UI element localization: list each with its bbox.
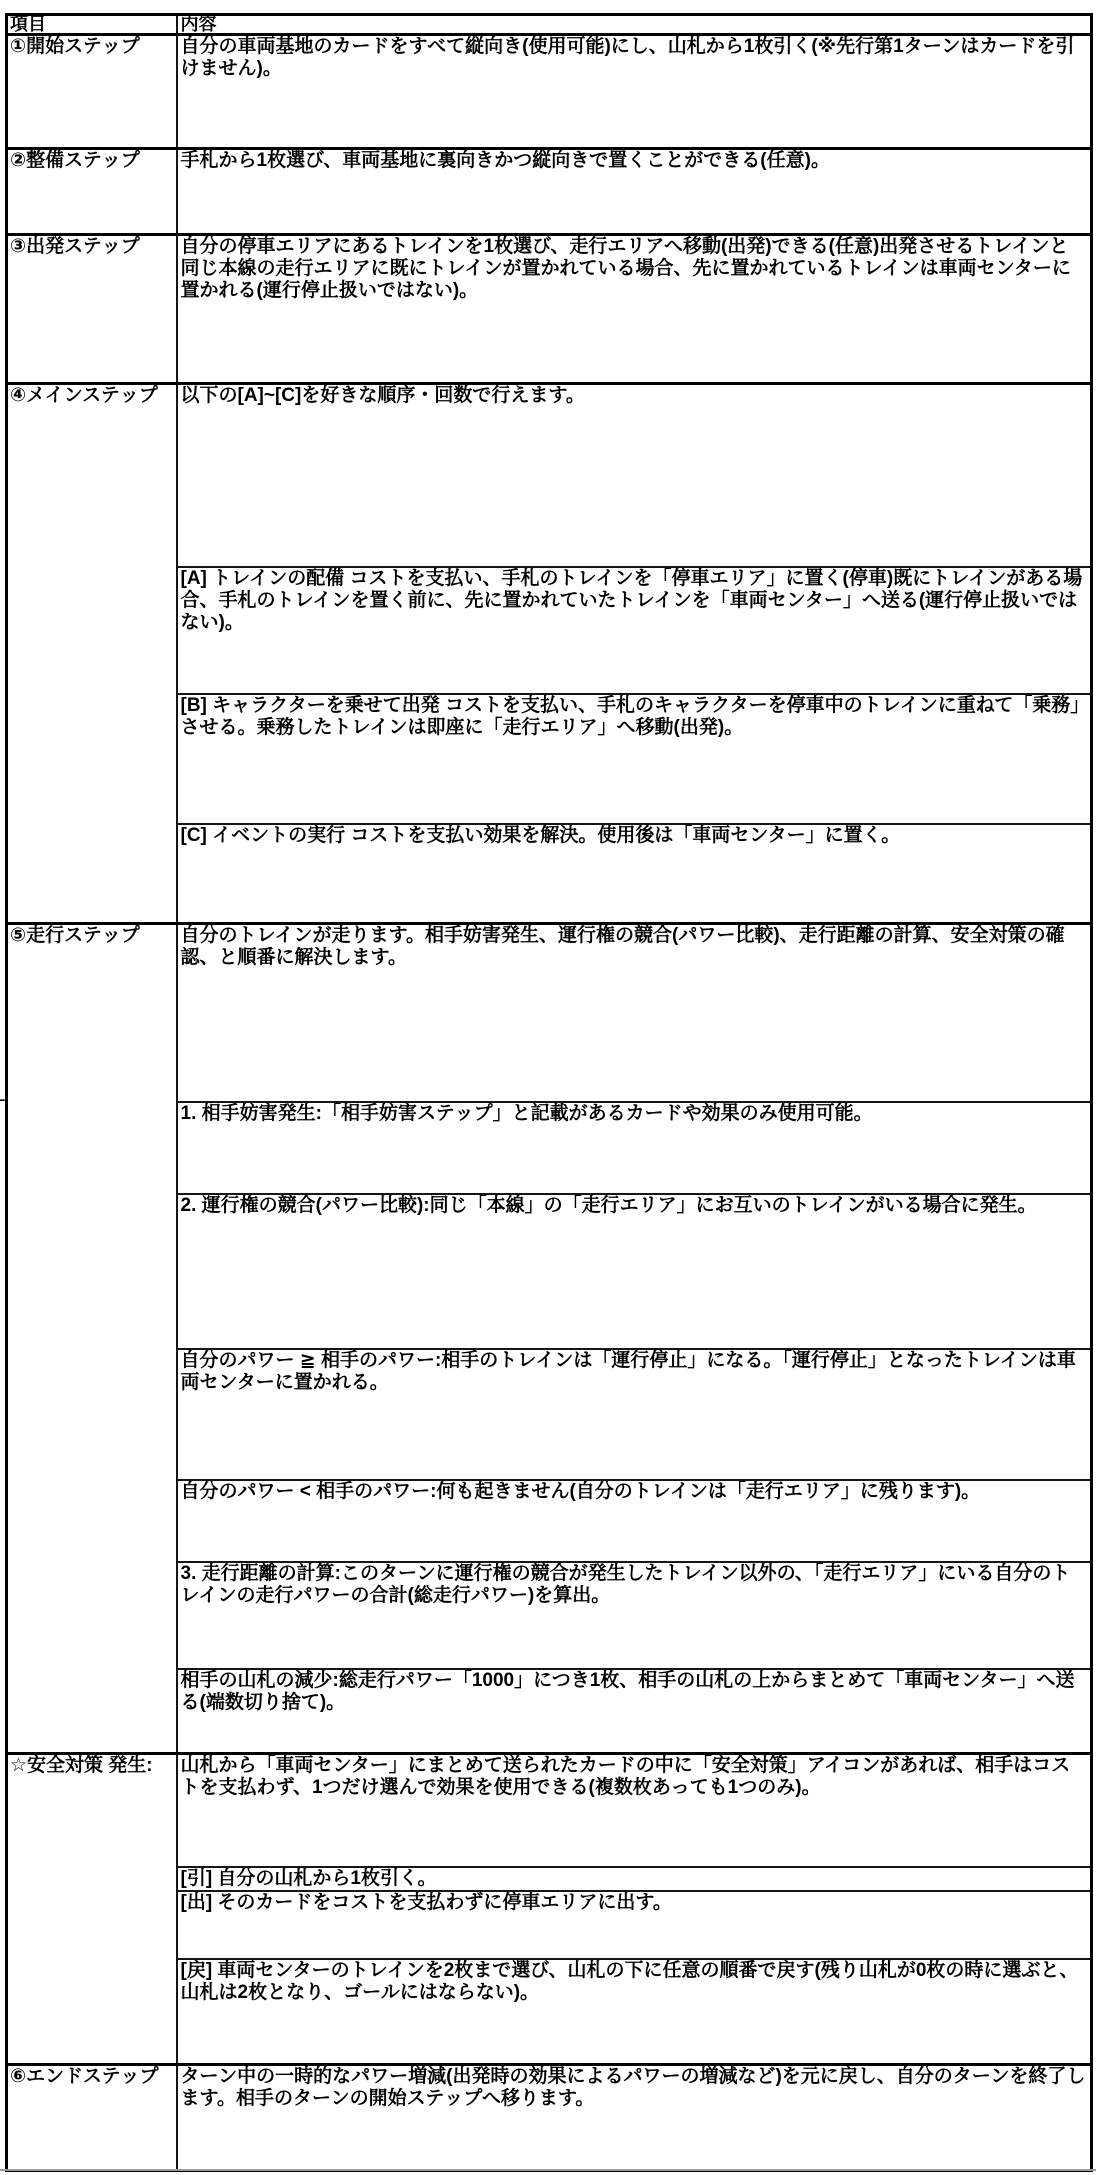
- content-cell-option-b: [B] キャラクターを乗せて出発 コストを支払い、手札のキャラクターを停車中のト…: [177, 694, 1092, 824]
- content-cell: ターン中の一時的なパワー増減(出発時の効果によるパワーの増減など)を元に戻し、自…: [177, 2065, 1092, 2171]
- content-cell-option-c: [C] イベントの実行 コストを支払い効果を解決。使用後は「車両センター」に置く…: [177, 824, 1092, 924]
- row-label-end-step: ⑥エンドステップ: [7, 2065, 177, 2171]
- content-cell-interference: 1. 相手妨害発生:「相手妨害ステップ」と記載があるカードや効果のみ使用可能。: [177, 1102, 1092, 1194]
- content-cell: 山札から「車両センター」にまとめて送られたカードの中に「安全対策」アイコンがあれ…: [177, 1754, 1092, 1867]
- content-cell-power-lt: 自分のパワー < 相手のパワー:何も起きません(自分のトレインは「走行エリア」に…: [177, 1480, 1092, 1562]
- table-row: ③出発ステップ 自分の停車エリアにあるトレインを1枚選び、走行エリアへ移動(出発…: [7, 235, 1092, 384]
- row-label-departure-step: ③出発ステップ: [7, 235, 177, 384]
- header-content-cell: 内容: [177, 15, 1092, 35]
- table-row: ☆安全対策 発生: 山札から「車両センター」にまとめて送られたカードの中に「安全…: [7, 1754, 1092, 1867]
- content-cell-power-gte: 自分のパワー ≧ 相手のパワー:相手のトレインは「運行停止」になる。「運行停止」…: [177, 1349, 1092, 1480]
- row-label-safety-trigger: ☆安全対策 発生:: [7, 1754, 177, 2065]
- content-cell: 自分のトレインが走ります。相手妨害発生、運行権の競合(パワー比較)、走行距離の計…: [177, 924, 1092, 1102]
- content-cell-distance-calc: 3. 走行距離の計算:このターンに運行権の競合が発生したトレイン以外の、「走行エ…: [177, 1562, 1092, 1669]
- content-cell-safety-play: [出] そのカードをコストを支払わずに停車エリアに出す。: [177, 1891, 1092, 1959]
- content-cell-deck-reduction: 相手の山札の減少:総走行パワー「1000」につき1枚、相手の山札の上からまとめて…: [177, 1669, 1092, 1754]
- content-cell: 自分の停車エリアにあるトレインを1枚選び、走行エリアへ移動(出発)できる(任意)…: [177, 235, 1092, 384]
- header-item-cell: 項目: [7, 15, 177, 35]
- table-row: ⑥エンドステップ ターン中の一時的なパワー増減(出発時の効果によるパワーの増減な…: [7, 2065, 1092, 2171]
- row-label-run-step: ⑤走行ステップ: [7, 924, 177, 1754]
- table-row: ⑤走行ステップ 自分のトレインが走ります。相手妨害発生、運行権の競合(パワー比較…: [7, 924, 1092, 1102]
- row-label-main-step: ④メインステップ: [7, 384, 177, 924]
- content-cell: 自分の車両基地のカードをすべて縦向き(使用可能)にし、山札から1枚引く(※先行第…: [177, 35, 1092, 149]
- turn-steps-table: 項目 内容 ①開始ステップ 自分の車両基地のカードをすべて縦向き(使用可能)にし…: [5, 13, 1093, 2172]
- content-cell: 以下の[A]~[C]を好きな順序・回数で行えます。: [177, 384, 1092, 567]
- content-cell: 手札から1枚選び、車両基地に裏向きかつ縦向きで置くことができる(任意)。: [177, 149, 1092, 235]
- content-cell-power-compare: 2. 運行権の競合(パワー比較):同じ「本線」の「走行エリア」にお互いのトレイン…: [177, 1194, 1092, 1349]
- content-cell-option-a: [A] トレインの配備 コストを支払い、手札のトレインを「停車エリア」に置く(停…: [177, 567, 1092, 694]
- content-cell-safety-return: [戻] 車両センターのトレインを2枚まで選び、山札の下に任意の順番で戻す(残り山…: [177, 1959, 1092, 2065]
- table-header-row: 項目 内容: [7, 15, 1092, 35]
- page-bottom-divider: [0, 2169, 1096, 2171]
- table-row: ④メインステップ 以下の[A]~[C]を好きな順序・回数で行えます。: [7, 384, 1092, 567]
- rules-document-page: L 項目 内容 ①開始ステップ 自分の車両基地のカードをすべて縦向き(使用可能)…: [0, 0, 1096, 2175]
- row-label-start-step: ①開始ステップ: [7, 35, 177, 149]
- table-row: ②整備ステップ 手札から1枚選び、車両基地に裏向きかつ縦向きで置くことができる(…: [7, 149, 1092, 235]
- table-row: ①開始ステップ 自分の車両基地のカードをすべて縦向き(使用可能)にし、山札から1…: [7, 35, 1092, 149]
- content-cell-safety-draw: [引] 自分の山札から1枚引く。: [177, 1867, 1092, 1891]
- row-label-maintenance-step: ②整備ステップ: [7, 149, 177, 235]
